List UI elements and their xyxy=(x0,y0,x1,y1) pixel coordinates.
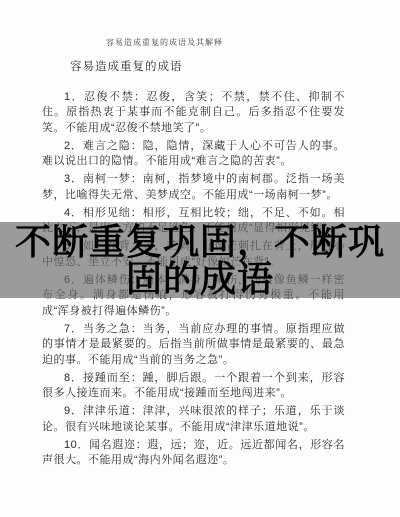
document-header-line: 容易造成重复的成语及其解释 xyxy=(106,37,223,48)
watermark-title-line-1: 不断重复巩固，不断巩 xyxy=(15,223,385,260)
idiom-item-3: 3．南柯一梦：南柯，指梦境中的南柯郡。泛指一场美梦，比喻得失无常、美梦成空。不能… xyxy=(42,172,345,203)
idiom-item-9: 9．津津乐道：津津，兴味很浓的样子；乐道，乐于谈论。很有兴味地谈论某事。不能用成… xyxy=(42,404,345,435)
watermark-title-line-2: 固的成语 xyxy=(126,260,274,297)
idiom-item-7: 7．当务之急：当务，当前应办理的事情。原指理应做的事情才是最紧要的。后指当前所做… xyxy=(42,322,345,369)
watermark-title-banner: 不断重复巩固，不断巩 固的成语 xyxy=(0,222,400,298)
idiom-item-2: 2．难言之隐：隐，隐情，深藏于人心不可告人的事。难以说出口的隐情。不能用成“难言… xyxy=(42,139,345,170)
section-title: 容易造成重复的成语 xyxy=(70,60,345,76)
document-page: 容易造成重复的成语及其解释 容易造成重复的成语 1．忍俊不禁：忍俊，含笑；不禁，… xyxy=(0,0,400,517)
idiom-item-1: 1．忍俊不禁：忍俊，含笑；不禁，禁不住、抑制不住。原指热衷于某事而不能克制自己。… xyxy=(42,90,345,137)
idiom-item-10: 10．闻名遐迩：遐，远；迩，近。远近都闻名，形容名声很大。不能用成“海内外闻名遐… xyxy=(42,438,345,469)
idiom-item-8: 8．接踵而至：踵，脚后跟。一个跟着一个到来，形容很多人接连而来。不能用成“接踵而… xyxy=(42,371,345,402)
